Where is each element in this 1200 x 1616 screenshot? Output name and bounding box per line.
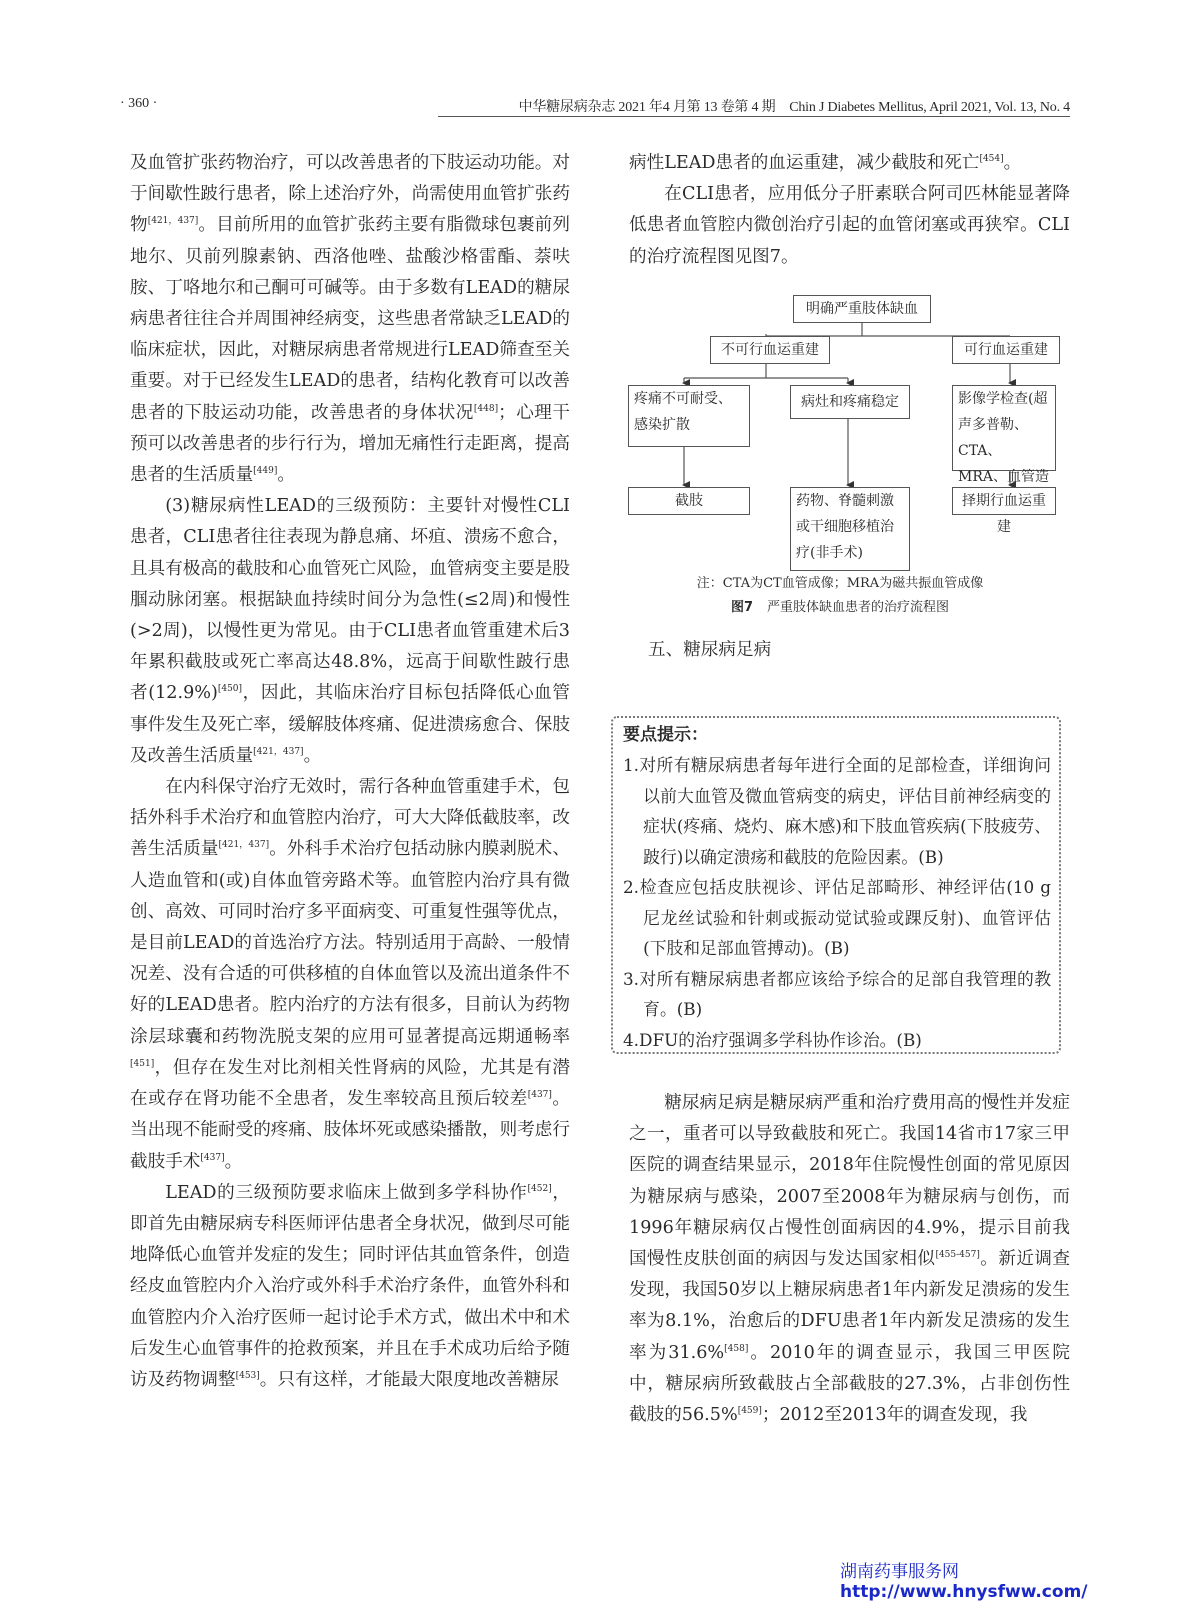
- paragraph-text: 病性LEAD患者的血运重建，减少截肢和死亡: [629, 153, 979, 173]
- citation-ref[interactable]: [451]: [130, 1059, 154, 1069]
- body-paragraph: 病性LEAD患者的血运重建，减少截肢和死亡[454]。: [629, 148, 1070, 179]
- citation-ref[interactable]: [459]: [738, 1406, 762, 1416]
- citation-ref[interactable]: [454]: [979, 154, 1003, 164]
- body-paragraph: LEAD的三级预防要求临床上做到多学科协作[452]，即首先由糖尿病专科医师评估…: [130, 1178, 570, 1396]
- paragraph-text: 在CLI患者，应用低分子肝素联合阿司匹林能显著降低患者血管腔内微创治疗引起的血管…: [629, 184, 1070, 266]
- key-point-item: 1.对所有糖尿病患者每年进行全面的足部检查，详细询问以前大血管及微血管病变的病史…: [623, 750, 1051, 872]
- paragraph-text: ，但存在发生对比剂相关性肾病的风险，尤其是有潜在或存在肾功能不全患者，发生率较高…: [130, 1058, 570, 1109]
- section-heading: 五、糖尿病足病: [648, 636, 771, 664]
- right-column-bottom: 糖尿病足病是糖尿病严重和治疗费用高的慢性并发症之一，重者可以导致截肢和死亡。我国…: [629, 1088, 1070, 1431]
- citation-ref[interactable]: [421，437]: [148, 216, 199, 226]
- paragraph-text: 糖尿病足病是糖尿病严重和治疗费用高的慢性并发症之一，重者可以导致截肢和死亡。我国…: [629, 1093, 1070, 1269]
- body-paragraph: (3)糖尿病性LEAD的三级预防：主要针对慢性CLI患者，CLI患者往往表现为静…: [130, 491, 570, 772]
- paragraph-text: LEAD的三级预防要求临床上做到多学科协作: [165, 1183, 527, 1203]
- paragraph-text: 。外科手术治疗包括动脉内膜剥脱术、人造血管和(或)自体血管旁路术等。血管腔内治疗…: [130, 839, 570, 1046]
- watermark-url[interactable]: http://www.hnysfww.com/: [840, 1582, 1088, 1602]
- paragraph-text: ；2012至2013年的调查发现，我: [762, 1405, 1028, 1425]
- journal-citation: 中华糖尿病杂志 2021 年4 月第 13 卷第 4 期 Chin J Diab…: [519, 96, 1070, 116]
- flow-box-not-feasible: 不可行血运重建: [710, 336, 830, 364]
- citation-ref[interactable]: [450]: [218, 684, 242, 694]
- paragraph-text: 。: [304, 746, 322, 766]
- paragraph-text: (3)糖尿病性LEAD的三级预防：主要针对慢性CLI患者，CLI患者往往表现为静…: [130, 496, 570, 703]
- flow-box-elective-revasc: 择期行血运重建: [952, 487, 1056, 515]
- body-paragraph: 糖尿病足病是糖尿病严重和治疗费用高的慢性并发症之一，重者可以导致截肢和死亡。我国…: [629, 1088, 1070, 1431]
- citation-ref[interactable]: [455-457]: [935, 1250, 979, 1260]
- figure-7-flowchart: 明确严重肢体缺血 不可行血运重建 可行血运重建 疼痛不可耐受、感染扩散 病灶和疼…: [600, 284, 1080, 634]
- watermark: 湖南药事服务网 http://www.hnysfww.com/: [840, 1562, 1088, 1602]
- key-point-item: 2.检查应包括皮肤视诊、评估足部畸形、神经评估(10 g尼龙丝试验和针刺或振动觉…: [623, 872, 1051, 964]
- figure-label: 图7: [731, 600, 753, 615]
- body-paragraph: 在CLI患者，应用低分子肝素联合阿司匹林能显著降低患者血管腔内微创治疗引起的血管…: [629, 179, 1070, 273]
- key-points-title: 要点提示：: [623, 720, 1051, 750]
- key-points-box: 要点提示： 1.对所有糖尿病患者每年进行全面的足部检查，详细询问以前大血管及微血…: [611, 716, 1061, 1054]
- page-number: · 360 ·: [120, 96, 157, 112]
- paragraph-text: ，即首先由糖尿病专科医师评估患者全身状况，做到尽可能地降低心血管并发症的发生；同…: [130, 1183, 570, 1390]
- figure-caption-text: 严重肢体缺血患者的治疗流程图: [767, 600, 949, 615]
- citation-ref[interactable]: [437]: [200, 1153, 224, 1163]
- citation-ref[interactable]: [437]: [528, 1090, 552, 1100]
- flow-box-pain-intolerable: 疼痛不可耐受、感染扩散: [628, 385, 750, 447]
- key-point-item: 3.对所有糖尿病患者都应该给予综合的足部自我管理的教育。(B): [623, 964, 1051, 1025]
- citation-ref[interactable]: [458]: [724, 1344, 748, 1354]
- paragraph-text: 。: [277, 465, 295, 485]
- citation-ref[interactable]: [448]: [474, 404, 498, 414]
- paragraph-text: 。只有这样，才能最大限度地改善糖尿: [260, 1370, 559, 1390]
- figure-note: 注：CTA为CT血管成像；MRA为磁共振血管成像: [600, 572, 1080, 591]
- right-column-top: 病性LEAD患者的血运重建，减少截肢和死亡[454]。在CLI患者，应用低分子肝…: [629, 148, 1070, 273]
- citation-ref[interactable]: [449]: [253, 466, 277, 476]
- flow-box-root: 明确严重肢体缺血: [793, 295, 931, 323]
- paragraph-text: 。: [225, 1152, 243, 1172]
- citation-ref[interactable]: [452]: [528, 1184, 552, 1194]
- left-column: 及血管扩张药物治疗，可以改善患者的下肢运动功能。对于间歇性跛行患者，除上述治疗外…: [130, 148, 570, 1396]
- body-paragraph: 及血管扩张药物治疗，可以改善患者的下肢运动功能。对于间歇性跛行患者，除上述治疗外…: [130, 148, 570, 491]
- body-paragraph: 在内科保守治疗无效时，需行各种血管重建手术，包括外科手术治疗和血管腔内治疗，可大…: [130, 772, 570, 1178]
- watermark-name: 湖南药事服务网: [840, 1562, 1088, 1582]
- header-rule: [438, 116, 1070, 117]
- flow-box-amputation: 截肢: [628, 487, 750, 515]
- flow-box-feasible: 可行血运重建: [952, 336, 1060, 364]
- figure-caption: 图7严重肢体缺血患者的治疗流程图: [600, 596, 1080, 615]
- flow-box-imaging: 影像学检查(超声多普勒、CTA、MRA、血管造影): [952, 385, 1056, 471]
- running-header: · 360 · 中华糖尿病杂志 2021 年4 月第 13 卷第 4 期 Chi…: [120, 96, 1070, 122]
- citation-ref[interactable]: [421，437]: [219, 840, 270, 850]
- citation-ref[interactable]: [453]: [236, 1371, 260, 1381]
- key-point-item: 4.DFU的治疗强调多学科协作诊治。(B): [623, 1025, 1051, 1056]
- flow-box-nonsurgical: 药物、脊髓刺激或干细胞移植治疗(非手术): [790, 487, 910, 571]
- paragraph-text: 。目前所用的血管扩张药主要有脂微球包裹前列地尔、贝前列腺素钠、西洛他唑、盐酸沙格…: [130, 215, 570, 422]
- flow-box-lesion-stable: 病灶和疼痛稳定: [790, 385, 910, 419]
- citation-ref[interactable]: [421，437]: [253, 747, 303, 757]
- paragraph-text: 。: [1004, 153, 1022, 173]
